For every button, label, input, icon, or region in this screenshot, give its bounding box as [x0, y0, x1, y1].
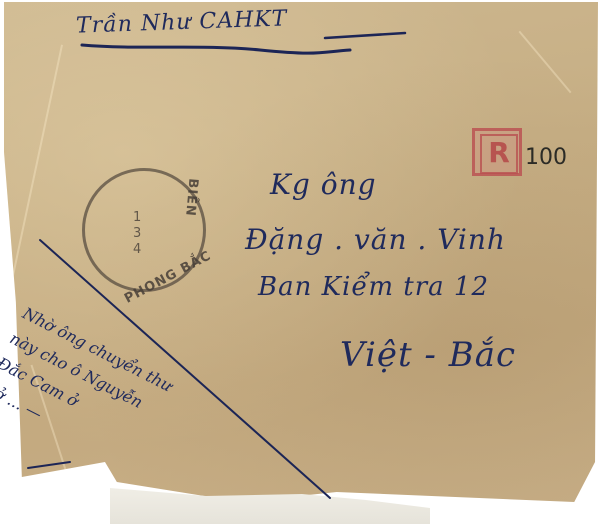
- address-line-3: Ban Kiểm tra 12: [258, 272, 489, 302]
- registered-stamp: R: [472, 128, 522, 176]
- postmark-date-line: 3: [133, 226, 141, 242]
- registration-number: 100: [525, 145, 567, 170]
- address-line-4: Việt - Bắc: [340, 335, 516, 375]
- registered-stamp-label: R: [480, 134, 518, 174]
- sender-underline: [82, 45, 350, 53]
- postmark-date-line: 1: [133, 210, 141, 226]
- postmark-date: 1 3 4: [133, 210, 141, 258]
- note-stroke: [28, 462, 70, 468]
- postmark-date-line: 4: [133, 242, 141, 258]
- sender-dash: [325, 33, 405, 38]
- address-line-2: Đặng . văn . Vinh: [245, 223, 506, 256]
- address-line-1: Kg ông: [270, 168, 377, 201]
